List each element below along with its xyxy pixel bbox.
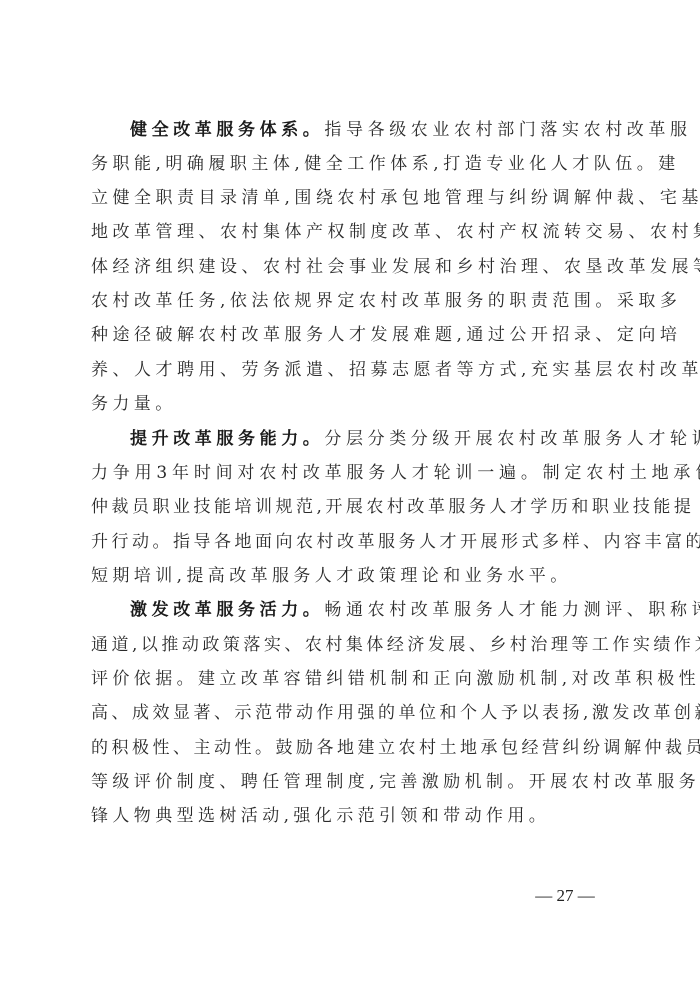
paragraph-line: 力争用3年时间对农村改革服务人才轮训一遍。制定农村土地承包 [91,456,611,490]
paragraph-line: 高、成效显著、示范带动作用强的单位和个人予以表扬,激发改革创新 [91,696,611,730]
paragraph-line: 升行动。指导各地面向农村改革服务人才开展形式多样、内容丰富的 [91,525,611,559]
paragraph-line: 农村改革任务,依法依规界定农村改革服务的职责范围。采取多 [91,284,611,318]
paragraph-line: 等级评价制度、聘任管理制度,完善激励机制。开展农村改革服务先 [91,765,611,799]
paragraph-line: 仲裁员职业技能培训规范,开展农村改革服务人才学历和职业技能提 [91,490,611,524]
paragraph-line: 体经济组织建设、农村社会事业发展和乡村治理、农垦改革发展等 [91,250,611,284]
document-page: 健全改革服务体系。指导各级农业农村部门落实农村改革服 务职能,明确履职主体,健全… [0,0,700,990]
paragraph-line: 锋人物典型选树活动,强化示范引领和带动作用。 [91,799,611,833]
paragraph-line: 务职能,明确履职主体,健全工作体系,打造专业化人才队伍。建 [91,147,611,181]
paragraph-line: 地改革管理、农村集体产权制度改革、农村产权流转交易、农村集 [91,215,611,249]
paragraph-line: 短期培训,提高改革服务人才政策理论和业务水平。 [91,559,611,593]
page-number: — 27 — [520,884,610,908]
paragraph-line: 提升改革服务能力。分层分类分级开展农村改革服务人才轮训, [130,422,611,456]
paragraph-line: 务力量。 [91,387,611,421]
paragraph-line: 激发改革服务活力。畅通农村改革服务人才能力测评、职称评审 [130,593,611,627]
paragraph-line: 的积极性、主动性。鼓励各地建立农村土地承包经营纠纷调解仲裁员 [91,731,611,765]
paragraph-line: 健全改革服务体系。指导各级农业农村部门落实农村改革服 [130,113,611,147]
paragraph-line: 通道,以推动政策落实、农村集体经济发展、乡村治理等工作实绩作为 [91,628,611,662]
paragraph-heading: 激发改革服务活力。 [130,600,324,620]
paragraph-heading: 健全改革服务体系。 [130,120,324,140]
paragraph-heading: 提升改革服务能力。 [130,429,324,449]
paragraph-line: 评价依据。建立改革容错纠错机制和正向激励机制,对改革积极性 [91,662,611,696]
paragraph-line: 立健全职责目录清单,围绕农村承包地管理与纠纷调解仲裁、宅基 [91,181,611,215]
paragraph-line: 养、人才聘用、劳务派遣、招募志愿者等方式,充实基层农村改革服 [91,353,611,387]
paragraph-line: 种途径破解农村改革服务人才发展难题,通过公开招录、定向培 [91,318,611,352]
